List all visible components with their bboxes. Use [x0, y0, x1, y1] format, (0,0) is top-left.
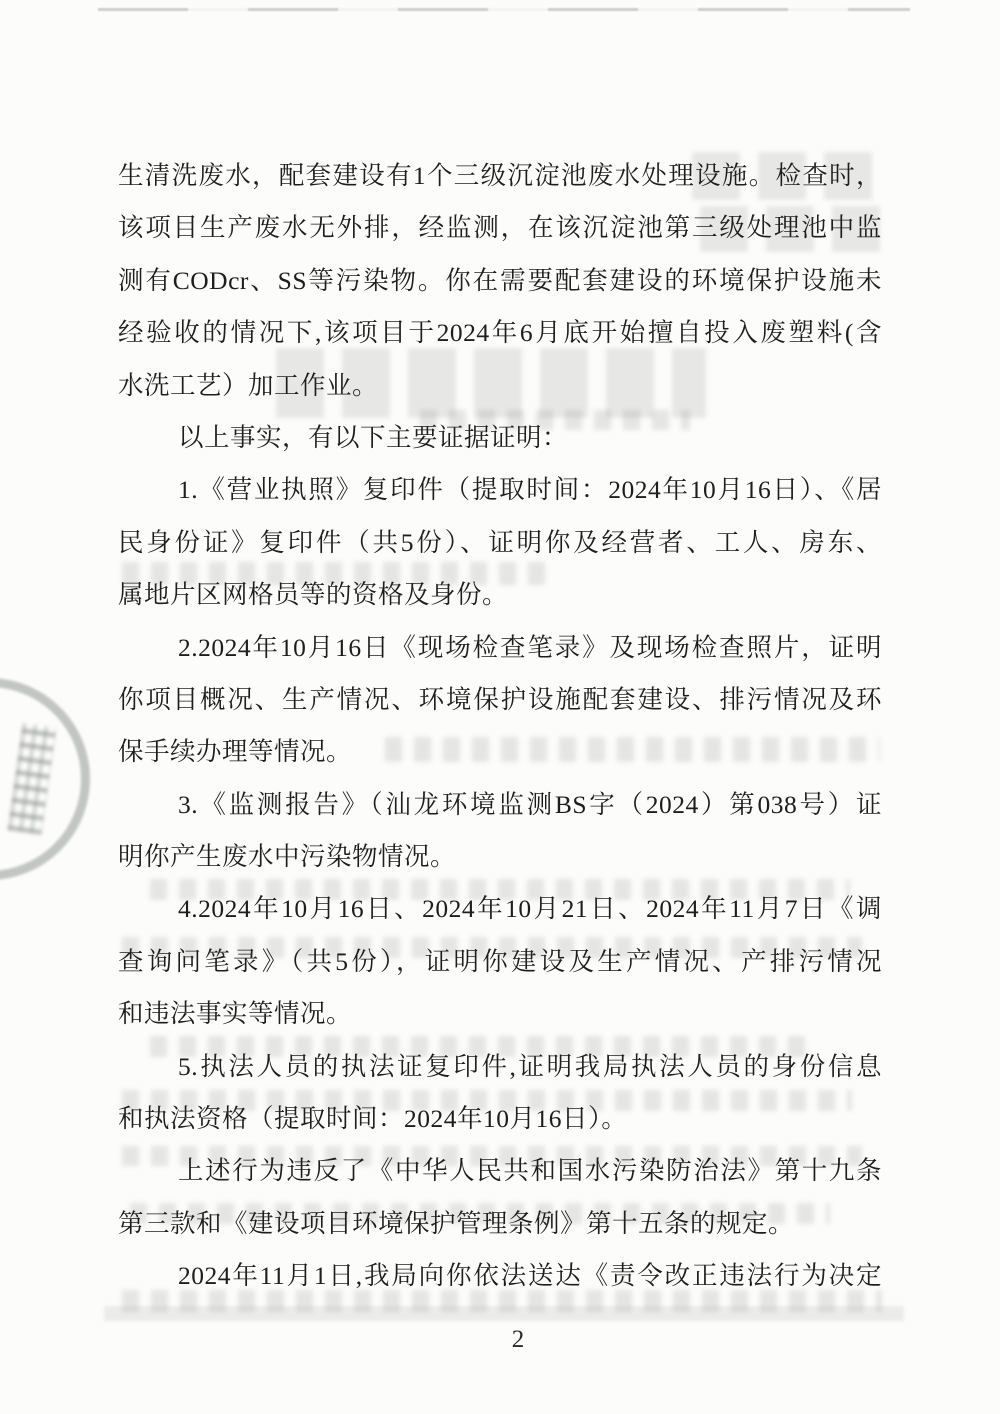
text-line: 生清洗废水，配套建设有1个三级沉淀池废水处理设施。检查时，: [118, 150, 882, 202]
page-number: 2: [18, 1326, 1000, 1354]
text-line: 1.《营业执照》复印件（提取时间：2024年10月16日）、《居: [118, 464, 882, 516]
seal-stamp-artifact: [0, 678, 90, 880]
text-line: 该项目生产废水无外排，经监测，在该沉淀池第三级处理池中监: [118, 202, 882, 254]
scanned-document-page: 生清洗废水，配套建设有1个三级沉淀池废水处理设施。检查时，该项目生产废水无外排，…: [0, 0, 1000, 1414]
text-line: 2.2024年10月16日《现场检查笔录》及现场检查照片，证明: [118, 622, 882, 674]
text-line: 测有CODcr、SS等污染物。你在需要配套建设的环境保护设施未: [118, 255, 882, 307]
text-line: 民身份证》复印件（共5份）、证明你及经营者、工人、房东、: [118, 517, 882, 569]
text-line: 水洗工艺）加工作业。: [118, 360, 882, 412]
text-line: 经验收的情况下,该项目于2024年6月底开始擅自投入废塑料(含: [118, 307, 882, 359]
text-line: 和执法资格（提取时间：2024年10月16日）。: [118, 1093, 882, 1145]
text-line: 3.《监测报告》（汕龙环境监测BS字（2024）第038号）证: [118, 779, 882, 831]
text-line: 和违法事实等情况。: [118, 988, 882, 1040]
text-line: 以上事实，有以下主要证据证明：: [118, 412, 882, 464]
text-line: 上述行为违反了《中华人民共和国水污染防治法》第十九条: [118, 1145, 882, 1197]
text-line: 明你产生废水中污染物情况。: [118, 831, 882, 883]
scan-band-artifact: [104, 1306, 904, 1321]
text-line: 属地片区网格员等的资格及身份。: [118, 569, 882, 621]
document-body-text: 生清洗废水，配套建设有1个三级沉淀池废水处理设施。检查时，该项目生产废水无外排，…: [118, 150, 882, 1303]
text-line: 你项目概况、生产情况、环境保护设施配套建设、排污情况及环: [118, 674, 882, 726]
text-line: 5.执法人员的执法证复印件,证明我局执法人员的身份信息: [118, 1041, 882, 1093]
scan-line-artifact: [98, 8, 910, 11]
text-line: 查询问笔录》（共5份），证明你建设及生产情况、产排污情况: [118, 936, 882, 988]
text-line: 2024年11月1日,我局向你依法送达《责令改正违法行为决定: [118, 1250, 882, 1302]
text-line: 第三款和《建设项目环境保护管理条例》第十五条的规定。: [118, 1198, 882, 1250]
text-line: 保手续办理等情况。: [118, 726, 882, 778]
seal-characters-artifact: [8, 723, 57, 835]
text-line: 4.2024年10月16日、2024年10月21日、2024年11月7日《调: [118, 883, 882, 935]
